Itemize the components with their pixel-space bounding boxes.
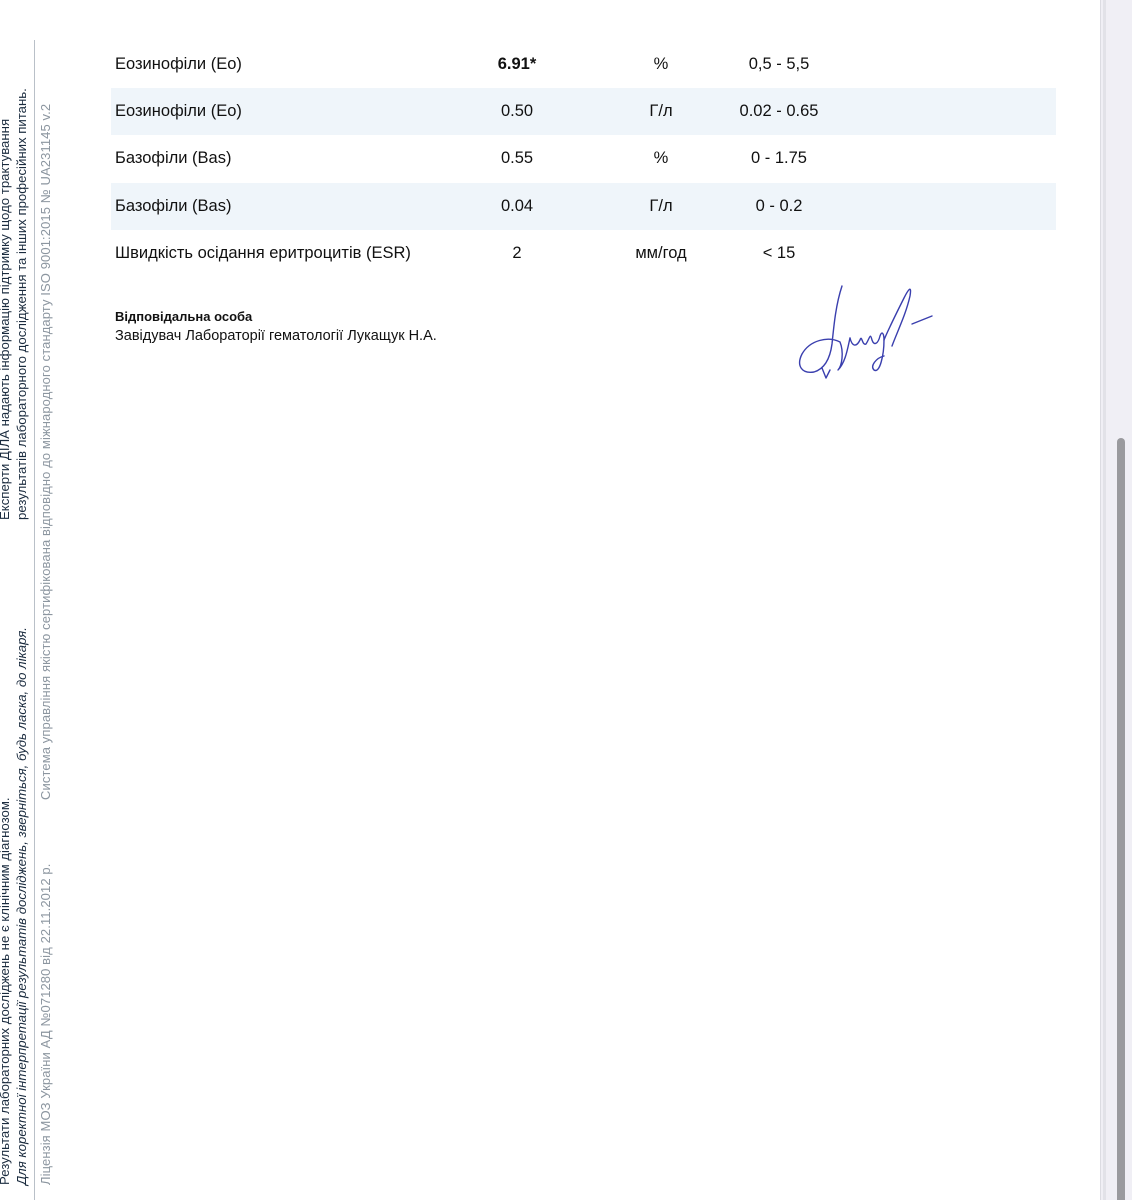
sidebar-divider xyxy=(34,40,35,1200)
result-value: 0.55 xyxy=(467,135,567,182)
vertical-scrollbar[interactable] xyxy=(1100,0,1132,1200)
scrollbar-thumb[interactable] xyxy=(1117,438,1125,1200)
responsible-person: Відповідальна особа Завідувач Лабораторі… xyxy=(115,308,437,346)
license-line: Ліцензія МОЗ України АД №071280 від 22.1… xyxy=(38,0,53,1200)
table-row: Базофіли (Bas)0.55%0 - 1.75 xyxy=(111,135,1056,182)
test-name: Базофіли (Bas) xyxy=(115,135,231,182)
unit: % xyxy=(611,41,711,88)
experts-text: Експерти ДІЛА надають інформацію підтрим… xyxy=(0,119,12,520)
interpretation-text: Для коректної інтерпретації результатів … xyxy=(14,627,29,1185)
document-page: Результати лабораторних досліджень не є … xyxy=(0,0,1100,1200)
signature-image xyxy=(784,274,944,384)
experts-text-continued: результатів лабораторного дослідження та… xyxy=(14,88,29,520)
reference-range: 0,5 - 5,5 xyxy=(729,41,829,88)
disclaimer-text: Результати лабораторних досліджень не є … xyxy=(0,797,12,1185)
unit: % xyxy=(611,135,711,182)
table-row: Еозинофіли (Eo)0.50Г/л0.02 - 0.65 xyxy=(111,88,1056,135)
unit: мм/год xyxy=(611,230,711,277)
test-name: Базофіли (Bas) xyxy=(115,183,231,230)
disclaimer-sidebar: Результати лабораторних досліджень не є … xyxy=(0,0,60,1200)
reference-range: 0 - 0.2 xyxy=(729,183,829,230)
certification-text: Система управління якістю сертифікована … xyxy=(38,104,53,800)
table-row: Еозинофіли (Eo)6.91*%0,5 - 5,5 xyxy=(111,41,1056,88)
responsible-title: Відповідальна особа xyxy=(115,308,437,326)
table-row: Швидкість осідання еритроцитів (ESR)2мм/… xyxy=(111,230,1056,277)
table-row: Базофіли (Bas)0.04Г/л0 - 0.2 xyxy=(111,183,1056,230)
disclaimer-line-1: Результати лабораторних досліджень не є … xyxy=(0,0,12,1200)
test-name: Швидкість осідання еритроцитів (ESR) xyxy=(115,230,411,277)
unit: Г/л xyxy=(611,88,711,135)
reference-range: < 15 xyxy=(729,230,829,277)
results-table: Еозинофіли (Eo)6.91*%0,5 - 5,5Еозинофіли… xyxy=(111,41,1056,277)
reference-range: 0.02 - 0.65 xyxy=(729,88,829,135)
result-value: 6.91* xyxy=(467,41,567,88)
test-name: Еозинофіли (Eo) xyxy=(115,41,242,88)
test-name: Еозинофіли (Eo) xyxy=(115,88,242,135)
license-text: Ліцензія МОЗ України АД №071280 від 22.1… xyxy=(38,864,53,1185)
disclaimer-line-2: Для коректної інтерпретації результатів … xyxy=(14,0,29,1200)
result-value: 0.50 xyxy=(467,88,567,135)
responsible-name: Завідувач Лабораторії гематології Лукащу… xyxy=(115,326,437,346)
unit: Г/л xyxy=(611,183,711,230)
result-value: 2 xyxy=(467,230,567,277)
result-value: 0.04 xyxy=(467,183,567,230)
reference-range: 0 - 1.75 xyxy=(729,135,829,182)
scrollbar-track xyxy=(1103,0,1106,1200)
